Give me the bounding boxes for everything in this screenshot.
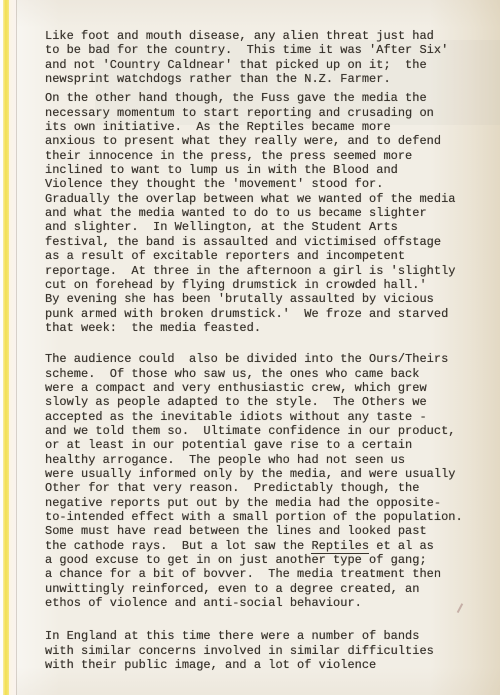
paragraph-1: Like foot and mouth disease, any alien t…: [45, 29, 485, 86]
page-text: Like foot and mouth disease, any alien t…: [45, 29, 485, 672]
scanned-page: Like foot and mouth disease, any alien t…: [0, 0, 500, 695]
paragraph-3: The audience could also be divided into …: [45, 352, 485, 610]
paragraph-4: In England at this time there were a num…: [45, 629, 485, 672]
paragraph-2: On the other hand though, the Fuss gave …: [45, 91, 485, 335]
page-edge-pale-strip: [9, 0, 16, 695]
paragraph-3-text-before: The audience could also be divided into …: [45, 352, 463, 552]
underlined-word-reptiles: Reptiles: [311, 539, 369, 554]
page-edge-line: [16, 0, 17, 695]
